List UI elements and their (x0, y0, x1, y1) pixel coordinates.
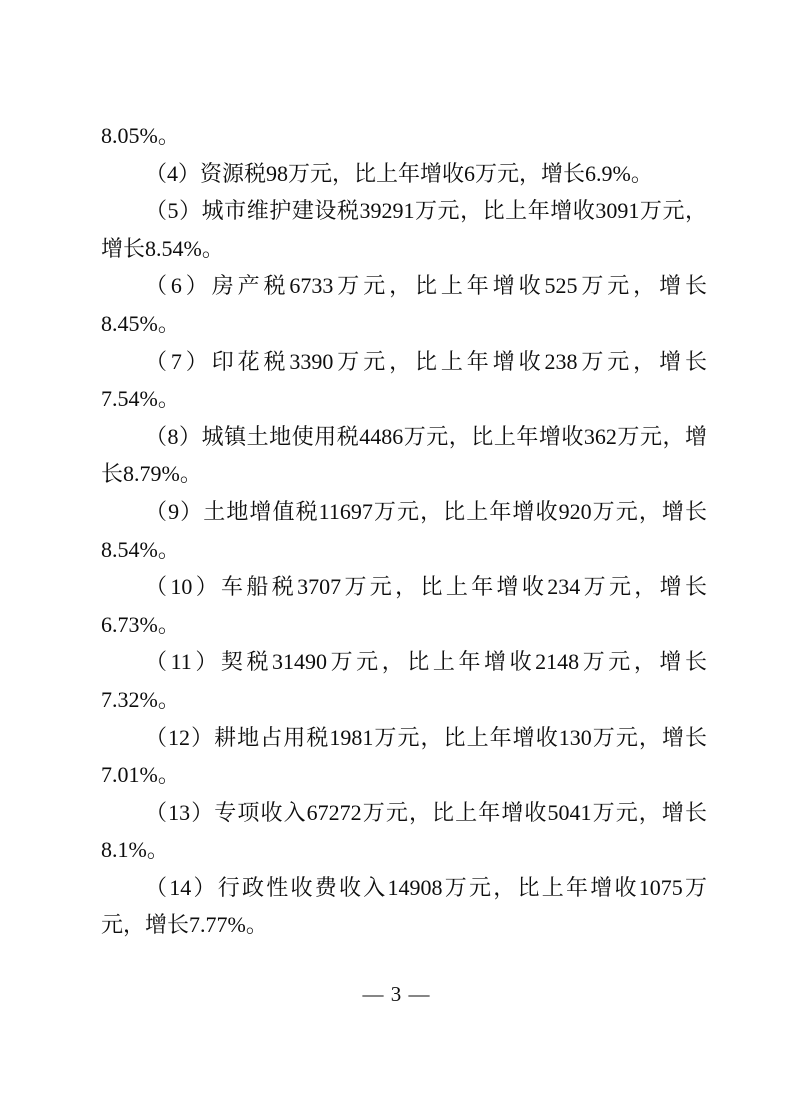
document-body-text: 8.05%。 （4）资源税98万元，比上年增收6万元，增长6.9%。 （5）城市… (101, 117, 707, 944)
text-line: （10）车船税3707万元，比上年增收234万元，增长 (101, 568, 707, 606)
text-line: （4）资源税98万元，比上年增收6万元，增长6.9%。 (101, 155, 707, 193)
text-line: （9）土地增值税11697万元，比上年增收920万元，增长 (101, 493, 707, 531)
text-line: 6.73%。 (101, 606, 707, 644)
page-number: — 3 — (0, 982, 793, 1006)
text-line: （12）耕地占用税1981万元，比上年增收130万元，增长 (101, 719, 707, 757)
text-line: （11）契税31490万元，比上年增收2148万元，增长 (101, 643, 707, 681)
text-line: （7）印花税3390万元，比上年增收238万元，增长 (101, 343, 707, 381)
text-line: 长8.79%。 (101, 455, 707, 493)
text-line: 8.1%。 (101, 831, 707, 869)
document-page: 8.05%。 （4）资源税98万元，比上年增收6万元，增长6.9%。 （5）城市… (0, 0, 793, 1096)
text-line: 7.01%。 (101, 756, 707, 794)
text-line: （14）行政性收费收入14908万元，比上年增收1075万 (101, 869, 707, 907)
text-line: 7.54%。 (101, 380, 707, 418)
text-line: （8）城镇土地使用税4486万元，比上年增收362万元，增 (101, 418, 707, 456)
text-line: 8.45%。 (101, 305, 707, 343)
text-line: 8.05%。 (101, 117, 707, 155)
text-line: （6）房产税6733万元，比上年增收525万元，增长 (101, 267, 707, 305)
text-line: 增长8.54%。 (101, 230, 707, 268)
text-line: （5）城市维护建设税39291万元，比上年增收3091万元， (101, 192, 707, 230)
text-line: 元，增长7.77%。 (101, 906, 707, 944)
text-line: （13）专项收入67272万元，比上年增收5041万元，增长 (101, 794, 707, 832)
text-line: 8.54%。 (101, 531, 707, 569)
text-line: 7.32%。 (101, 681, 707, 719)
